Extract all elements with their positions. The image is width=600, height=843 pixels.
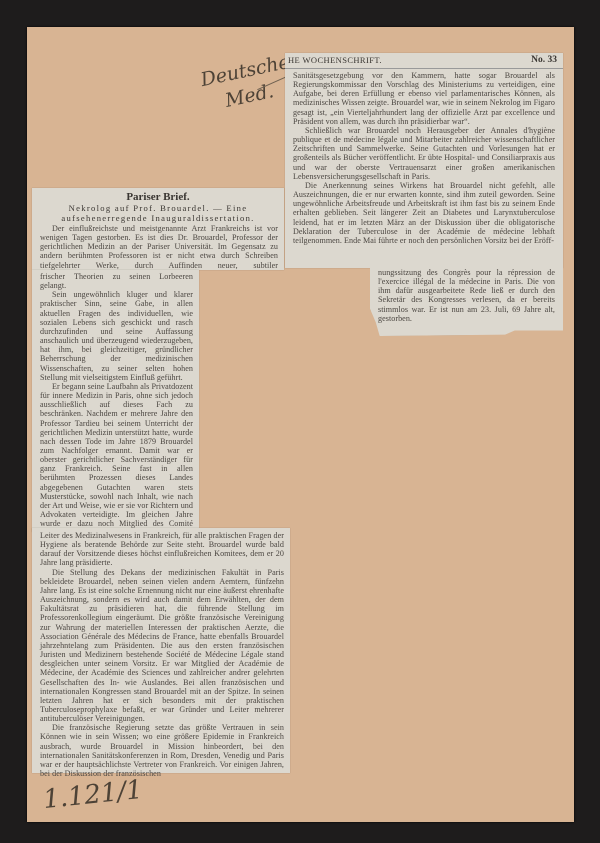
paragraph: nungssitzung des Congrès pour la répress…: [378, 268, 555, 323]
issue-number: No. 33: [531, 53, 557, 68]
left-clipping-wide: Leiter des Medizinalwesens in Frankreich…: [32, 528, 290, 773]
article-title: Pariser Brief.: [32, 191, 284, 203]
right-clipping-continuation: nungssitzung des Congrès pour la répress…: [370, 268, 563, 336]
paragraph: Schließlich war Brouardel noch Herausgeb…: [293, 126, 555, 181]
paragraph: Die Stellung des Dekans der medizinische…: [40, 568, 284, 724]
paragraph: Sein ungewöhnlich kluger und klarer prak…: [40, 290, 193, 382]
left-clipping-header: Pariser Brief. Nekrolog auf Prof. Brouar…: [32, 188, 284, 270]
paragraph: Sanitätsgesetzgebung vor den Kammern, ha…: [293, 71, 555, 126]
right-clipping-text: Sanitätsgesetzgebung vor den Kammern, ha…: [293, 71, 555, 245]
journal-header: HE WOCHENSCHRIFT. No. 33: [285, 53, 563, 69]
paragraph: Die französische Regierung setzte das gr…: [40, 723, 284, 778]
article-subtitle: Nekrolog auf Prof. Brouardel. — Eine auf…: [32, 203, 284, 223]
left-clipping-column: frischer Theorien zu seinen Lorbeeren ge…: [32, 270, 199, 532]
paragraph: frischer Theorien zu seinen Lorbeeren ge…: [40, 272, 193, 290]
paragraph: Die Anerkennung seines Wirkens hat Broua…: [293, 181, 555, 245]
right-newspaper-clipping: HE WOCHENSCHRIFT. No. 33 Sanitätsgesetzg…: [285, 53, 563, 268]
paragraph: Leiter des Medizinalwesens in Frankreich…: [40, 531, 284, 568]
journal-name: HE WOCHENSCHRIFT.: [288, 53, 382, 68]
